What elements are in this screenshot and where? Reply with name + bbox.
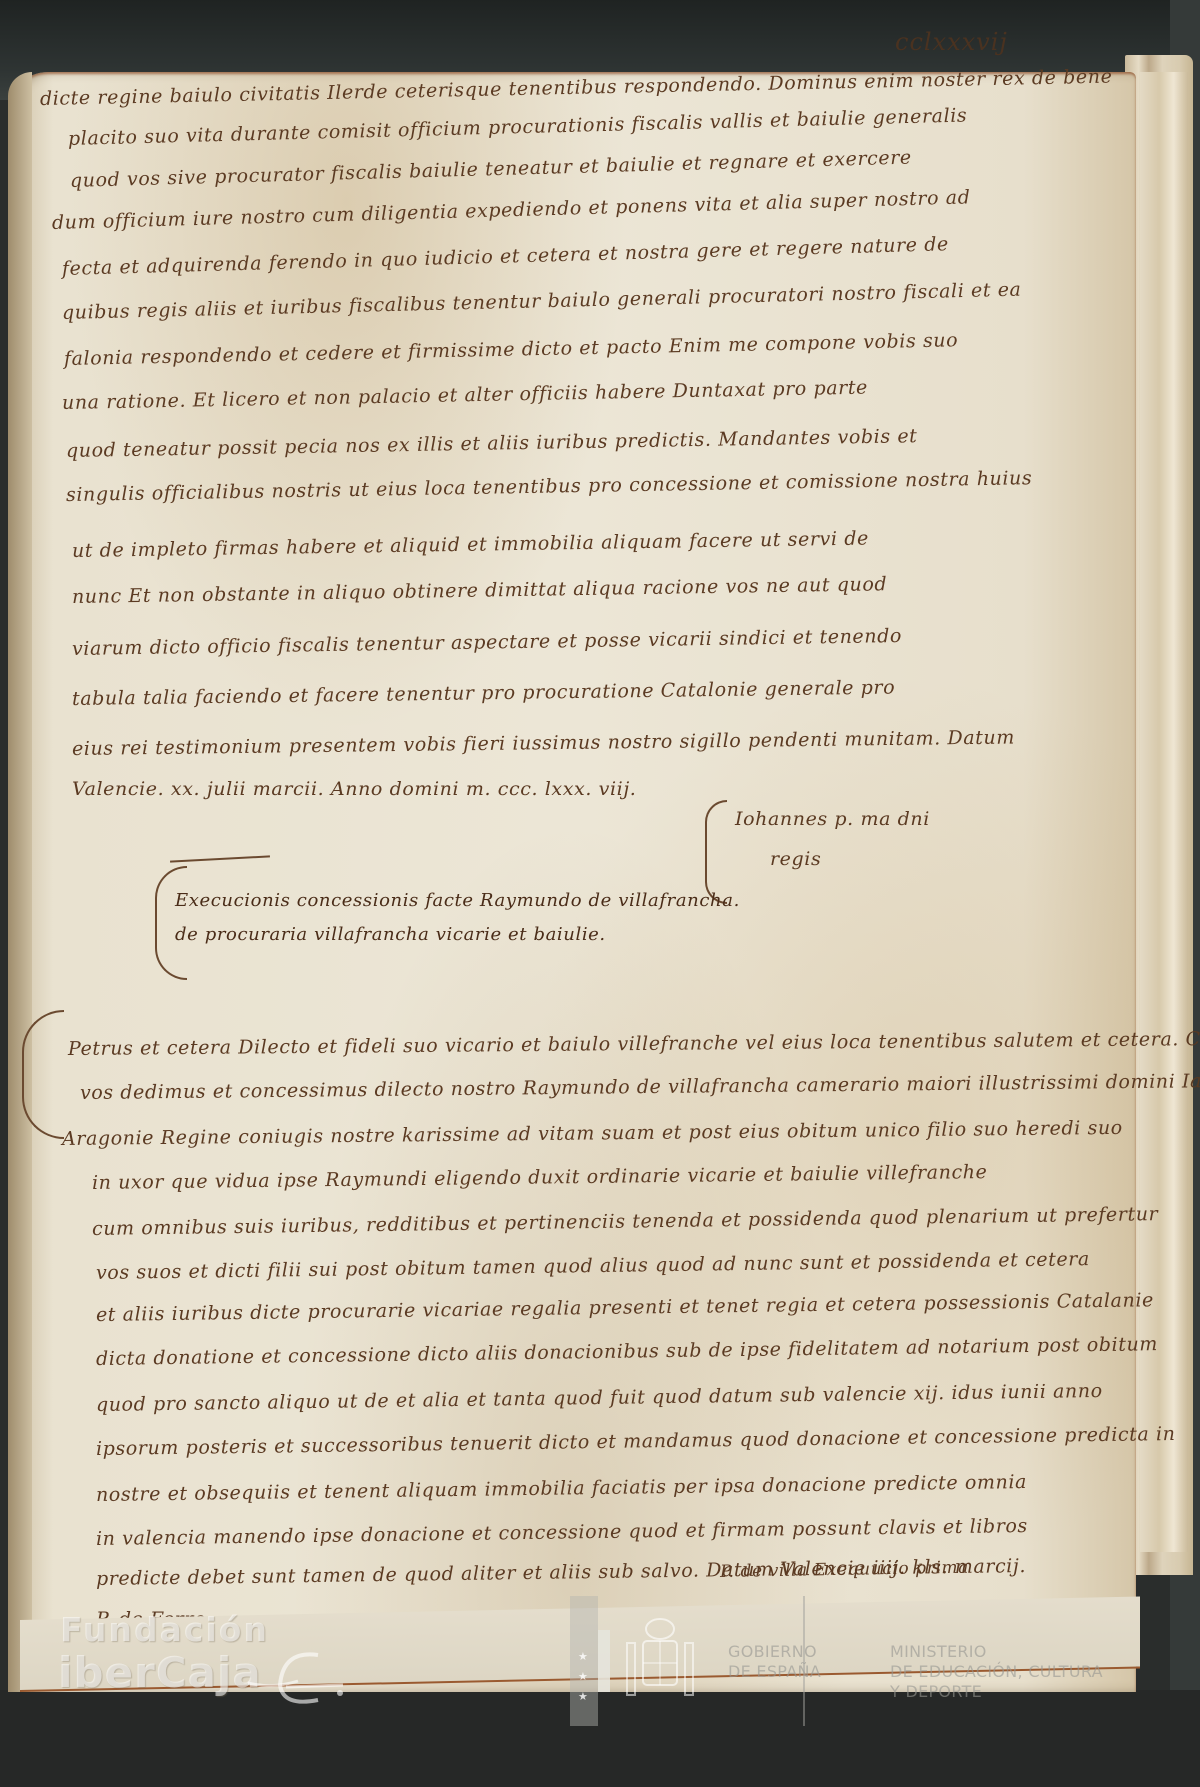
spain-flag-notch	[598, 1630, 610, 1692]
marginal-note-line: Execucionis concessionis facte Raymundo …	[175, 890, 740, 911]
star-icon: ★	[578, 1650, 588, 1663]
page-gutter-shadow	[8, 72, 32, 1692]
gobierno-line2: DE ESPAÑA	[728, 1662, 821, 1682]
ministerio-watermark: MINISTERIO DE EDUCACIÓN, CULTURA Y DEPOR…	[890, 1642, 1103, 1702]
ibercaja-watermark-line2: iberCaja	[58, 1648, 262, 1697]
watermark-divider	[803, 1596, 805, 1726]
second-entry-bracket	[22, 1010, 64, 1139]
signature-line: Iohannes p. ma dni	[735, 808, 930, 830]
ministerio-line2: DE EDUCACIÓN, CULTURA	[890, 1662, 1103, 1682]
scan-background-bottom	[0, 1690, 1200, 1787]
gobierno-line1: GOBIERNO	[728, 1642, 821, 1662]
fundacion-watermark-line1: Fundación	[60, 1610, 269, 1649]
back-pages-stack-inner	[1140, 72, 1188, 1552]
gobierno-watermark: GOBIERNO DE ESPAÑA	[728, 1642, 821, 1682]
star-icon: ★	[578, 1670, 588, 1683]
coat-of-arms-icon	[625, 1615, 695, 1705]
signature-bracket	[705, 800, 727, 904]
ministerio-line1: MINISTERIO	[890, 1642, 1103, 1662]
folio-number: cclxxxvij	[895, 28, 1008, 56]
star-icon: ★	[578, 1690, 588, 1703]
marginal-note-line: de procuraria villafrancha vicarie et ba…	[175, 924, 606, 945]
manuscript-line-dating: Valencie. xx. julii marcii. Anno domini …	[72, 778, 636, 800]
ministerio-line3: Y DEPORTE	[890, 1682, 1103, 1702]
signature-line: regis	[770, 848, 821, 870]
ibercaja-logo-icon	[248, 1645, 348, 1715]
marginal-note-bracket	[155, 866, 187, 980]
